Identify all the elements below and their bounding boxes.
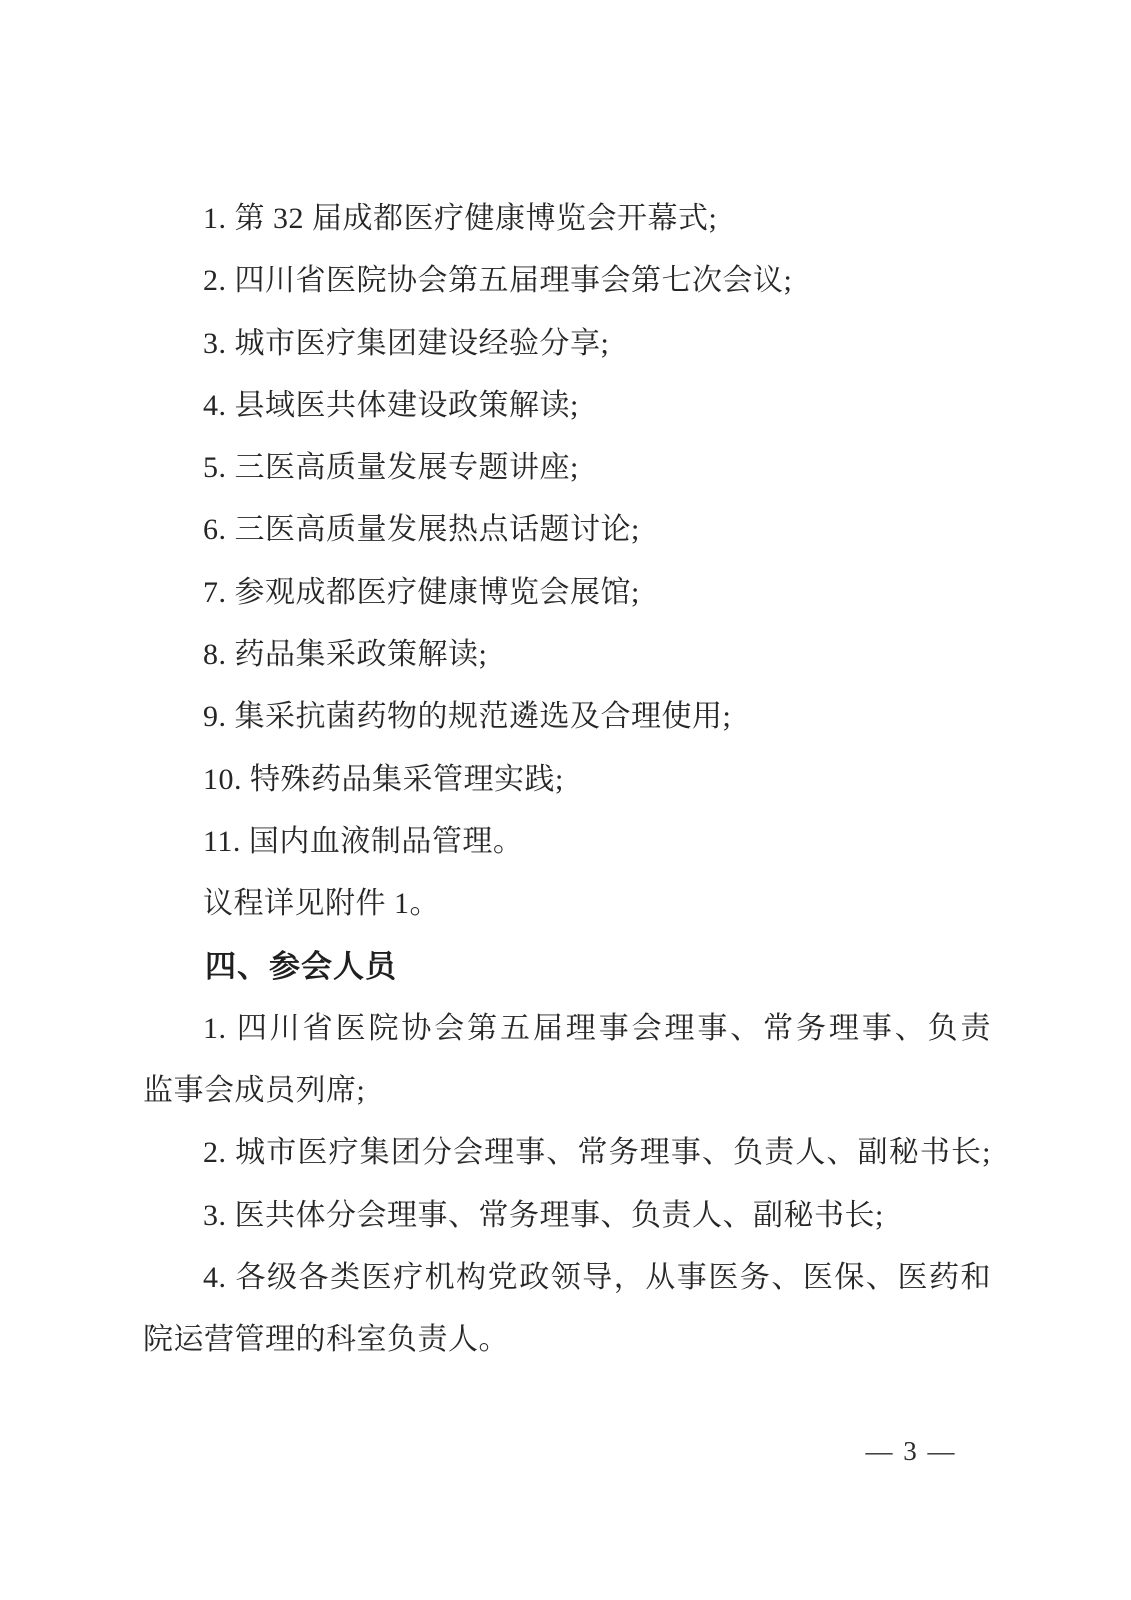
participants-line-2: 2. 城市医疗集团分会理事、常务理事、负责人、副秘书长; (143, 1122, 991, 1184)
agenda-item-4: 4. 县域医共体建设政策解读; (143, 375, 991, 437)
agenda-item-8: 8. 药品集采政策解读; (143, 624, 991, 686)
page-number: — 3 — (856, 1436, 966, 1467)
participants-line-1-continuation: 监事会成员列席; (143, 1060, 991, 1122)
agenda-item-3: 3. 城市医疗集团建设经验分享; (143, 313, 991, 375)
agenda-item-11: 11. 国内血液制品管理。 (143, 811, 991, 873)
agenda-note: 议程详见附件 1。 (143, 873, 991, 935)
document-page: 1. 第 32 届成都医疗健康博览会开幕式; 2. 四川省医院协会第五届理事会第… (0, 0, 1131, 1600)
agenda-item-5: 5. 三医高质量发展专题讲座; (143, 437, 991, 499)
participants-line-1: 1. 四川省医院协会第五届理事会理事、常务理事、负责人， (143, 998, 991, 1060)
agenda-item-6: 6. 三医高质量发展热点话题讨论; (143, 499, 991, 561)
agenda-item-7: 7. 参观成都医疗健康博览会展馆; (143, 562, 991, 624)
agenda-item-9: 9. 集采抗菌药物的规范遴选及合理使用; (143, 686, 991, 748)
agenda-item-10: 10. 特殊药品集采管理实践; (143, 749, 991, 811)
agenda-item-2: 2. 四川省医院协会第五届理事会第七次会议; (143, 250, 991, 312)
participants-line-4: 4. 各级各类医疗机构党政领导，从事医务、医保、医药和医 (143, 1247, 991, 1309)
participants-line-4-continuation: 院运营管理的科室负责人。 (143, 1309, 991, 1371)
agenda-item-1: 1. 第 32 届成都医疗健康博览会开幕式; (143, 188, 991, 250)
document-text-block: 1. 第 32 届成都医疗健康博览会开幕式; 2. 四川省医院协会第五届理事会第… (143, 188, 991, 1372)
participants-line-3: 3. 医共体分会理事、常务理事、负责人、副秘书长; (143, 1185, 991, 1247)
participants-section-heading: 四、参会人员 (143, 936, 991, 998)
